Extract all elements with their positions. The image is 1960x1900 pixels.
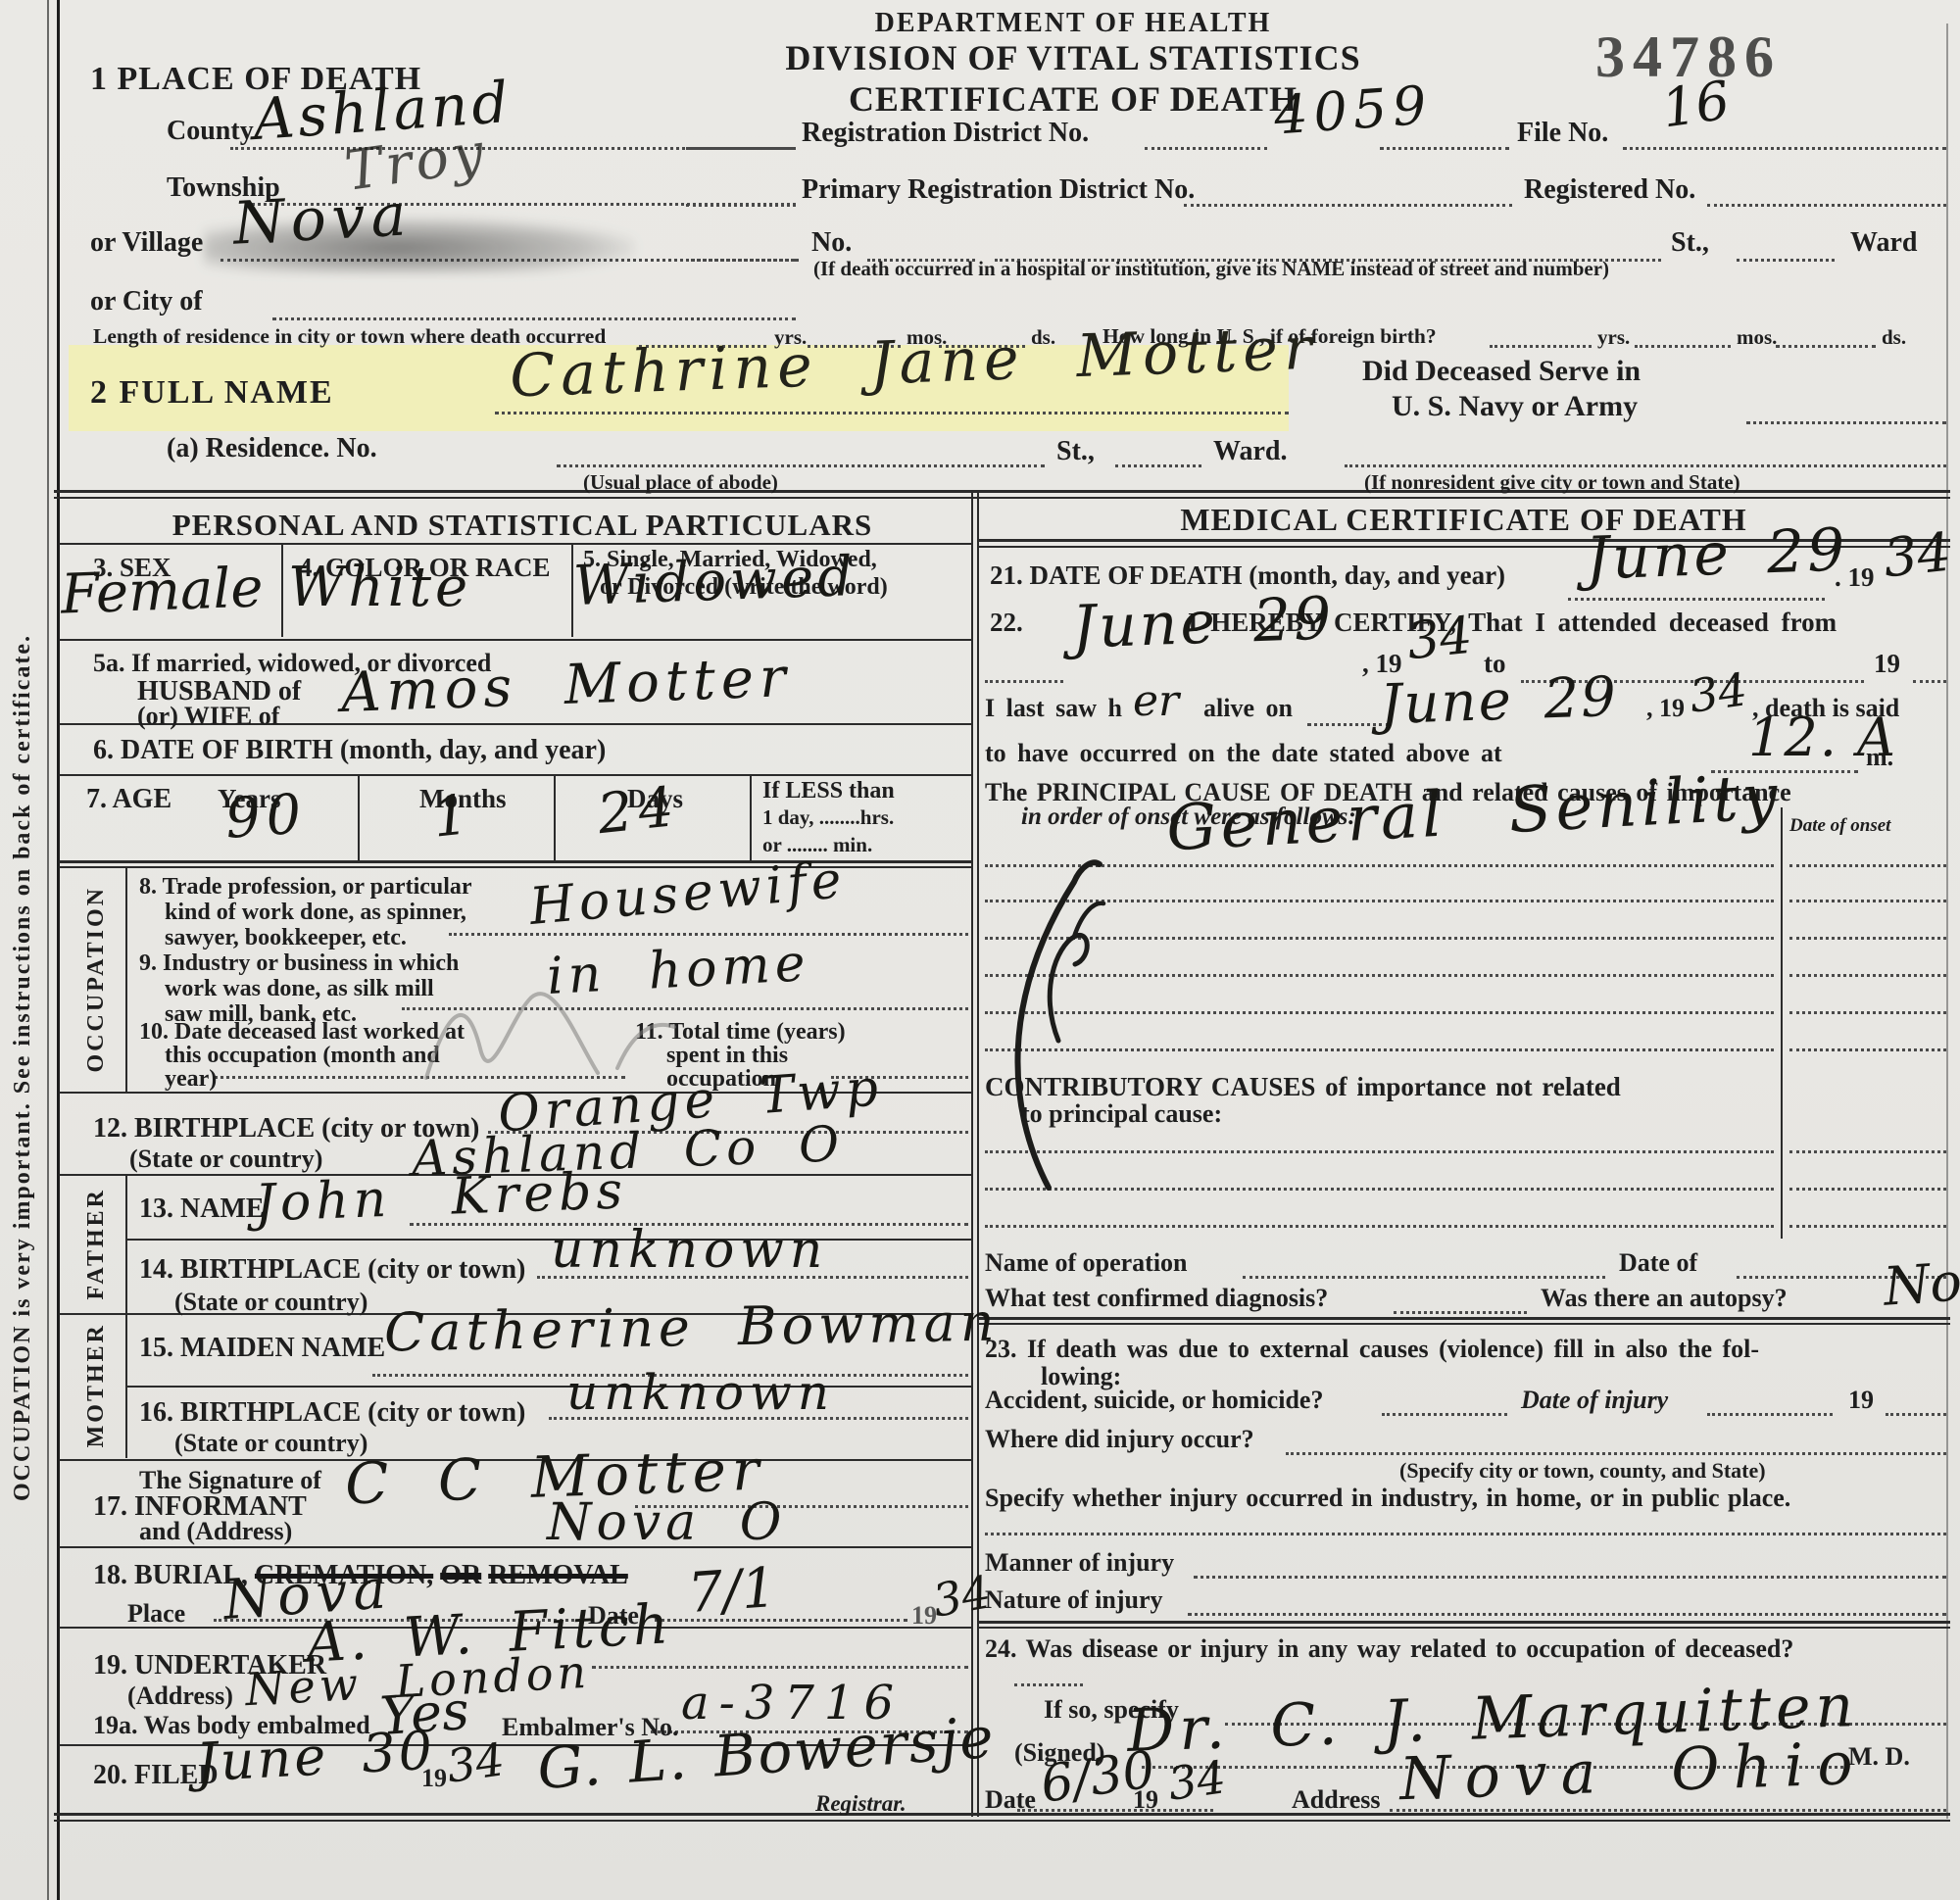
dotted-line — [686, 147, 794, 150]
dotted-line — [1194, 1576, 1946, 1579]
father-side-label: FATHER — [69, 1174, 123, 1313]
left-border-inner — [57, 0, 60, 1900]
last-saw-mid: alive on — [1203, 694, 1293, 723]
certify-number: 22. — [990, 608, 1023, 638]
where-injury-label: Where did injury occur? — [985, 1425, 1254, 1454]
mother-side-label: MOTHER — [69, 1313, 123, 1458]
dotted-line — [1789, 900, 1946, 902]
dotted-line — [1707, 1413, 1833, 1416]
dotted-line — [1746, 421, 1946, 424]
birthplace-sub: (State or country) — [129, 1145, 322, 1174]
date-of-injury-19: 19 — [1848, 1386, 1874, 1415]
dotted-line — [1635, 345, 1731, 348]
operation-date-label: Date of — [1619, 1248, 1697, 1278]
village-label: or Village — [90, 227, 203, 259]
rule — [59, 639, 971, 641]
dotted-line — [1145, 147, 1267, 150]
occupation-related-label: 24. Was disease or injury in any way rel… — [985, 1634, 1793, 1664]
dotted-line — [1913, 680, 1946, 683]
dotted-line — [1243, 1276, 1605, 1279]
dotted-line — [1737, 259, 1835, 262]
dotted-line — [1115, 464, 1201, 467]
dotted-line — [1623, 147, 1946, 150]
dotted-line — [985, 680, 1063, 683]
date-of-death-year-value: 34 — [1881, 526, 1953, 586]
side-strip-divider — [125, 1174, 127, 1313]
certificate-title: CERTIFICATE OF DEATH — [828, 78, 1318, 120]
burial-place-label: Place — [127, 1599, 185, 1629]
race-value: White — [288, 560, 471, 615]
occupation-side-label: OCCUPATION — [69, 866, 123, 1092]
dotted-line — [272, 317, 796, 320]
last-saw-year-value: 34 — [1687, 666, 1749, 719]
signed-date-label: Date — [985, 1785, 1036, 1815]
residence-st-label: St., — [1056, 436, 1095, 467]
rule — [59, 1546, 971, 1548]
us-ds-label: ds. — [1882, 325, 1906, 350]
autopsy-label: Was there an autopsy? — [1541, 1284, 1788, 1313]
nature-of-injury-label: Nature of injury — [985, 1585, 1163, 1615]
accident-label: Accident, suicide, or homicide? — [985, 1386, 1323, 1415]
age-less-label-2: 1 day, ........hrs. — [762, 805, 894, 830]
registered-no-label: Registered No. — [1524, 174, 1695, 206]
dotted-line — [985, 1533, 1946, 1535]
burial-date-value: 7/1 — [686, 1561, 778, 1622]
dob-label: 6. DATE OF BIRTH (month, day, and year) — [93, 735, 606, 766]
dotted-line — [1789, 1048, 1946, 1051]
margin-note: OCCUPATION is very important. See instru… — [0, 323, 45, 1813]
us-mos-label: mos. — [1737, 325, 1777, 350]
navy-service-label-1: Did Deceased Serve in — [1362, 355, 1641, 388]
date-of-injury-label: Date of injury — [1521, 1386, 1668, 1415]
dotted-line — [686, 259, 799, 262]
signed-year-value: 34 — [1165, 1754, 1228, 1807]
dotted-line — [1707, 204, 1946, 207]
burial-year-printed: 19 — [911, 1601, 937, 1631]
dotted-line — [1307, 723, 1390, 726]
dotted-line — [1789, 1011, 1946, 1014]
dotted-line — [686, 204, 796, 207]
registration-district-value: 4059 — [1272, 78, 1434, 142]
marital-value: Widowed — [572, 550, 857, 614]
last-saw-prefix: I last saw h — [985, 694, 1122, 723]
bottom-border — [54, 1820, 1950, 1822]
occupation-q10-line3: year) — [165, 1066, 217, 1093]
rule — [977, 1621, 1950, 1624]
rule — [125, 1386, 971, 1388]
section-divider — [54, 497, 1950, 499]
left-border-outer — [47, 0, 49, 1900]
registration-district-label: Registration District No. — [802, 118, 1089, 149]
dotted-line — [1568, 598, 1825, 601]
dotted-line — [1789, 1188, 1946, 1191]
occupation-q8-line1: 8. Trade profession, or particular — [139, 874, 472, 901]
personal-title: PERSONAL AND STATISTICAL PARTICULARS — [73, 508, 971, 543]
county-label: County — [167, 116, 254, 147]
last-saw-year-printed: , 19 — [1646, 694, 1685, 723]
navy-service-label-2: U. S. Navy or Army — [1392, 390, 1638, 423]
dotted-line — [1345, 464, 1946, 467]
informant-address: Nova O — [547, 1497, 786, 1548]
mother-birthplace-label: 16. BIRTHPLACE (city or town) — [139, 1397, 525, 1429]
rule — [977, 1323, 1950, 1325]
dotted-line — [1886, 1413, 1946, 1416]
maiden-name-label: 15. MAIDEN NAME — [139, 1333, 385, 1364]
cell-divider — [281, 543, 283, 637]
dotted-line — [1188, 1613, 1946, 1616]
occupation-q9-line1: 9. Industry or business in which — [139, 950, 459, 977]
father-birthplace-value: unknown — [551, 1225, 828, 1276]
dotted-line — [1014, 1683, 1083, 1686]
mother-side-text: MOTHER — [83, 1323, 110, 1447]
burial-year-value: 34 — [929, 1569, 994, 1623]
father-birthplace-label: 14. BIRTHPLACE (city or town) — [139, 1254, 525, 1286]
file-no-label: File No. — [1517, 118, 1608, 149]
age-label: 7. AGE — [86, 784, 171, 815]
occurred-time-value: 12. A — [1748, 711, 1897, 764]
sex-value: Female — [60, 560, 264, 622]
father-name-value: John Krebs — [254, 1165, 628, 1229]
village-value: Nova — [232, 185, 414, 253]
residence-ward-label: Ward. — [1213, 436, 1287, 467]
undertaker-address-label: (Address) — [127, 1681, 233, 1711]
dotted-line — [449, 933, 968, 936]
dept-title: DEPARTMENT OF HEALTH — [867, 8, 1279, 39]
dotted-line — [1286, 1452, 1946, 1455]
dotted-line — [1394, 1311, 1527, 1314]
father-name-label: 13. NAME — [139, 1194, 265, 1225]
burial-removal-struck: REMOVAL — [488, 1560, 628, 1590]
residence-label: (a) Residence. No. — [167, 433, 377, 464]
margin-note-text: OCCUPATION is very important. See instru… — [10, 634, 36, 1501]
husband-wife-label-3: (or) WIFE of — [137, 702, 279, 731]
mother-birthplace-sub: (State or country) — [174, 1429, 367, 1458]
last-saw-date: June 29 — [1379, 670, 1619, 733]
dotted-line — [1789, 1150, 1946, 1153]
nonresident-note: (If nonresident give city or town and St… — [1364, 470, 1740, 495]
dotted-line — [1789, 937, 1946, 940]
occupation-q9-line2: work was done, as silk mill — [165, 976, 434, 1002]
rule — [59, 774, 971, 776]
onset-column-divider — [1781, 807, 1783, 1239]
right-border — [1946, 24, 1948, 1819]
manner-of-injury-label: Manner of injury — [985, 1548, 1174, 1578]
city-label: or City of — [90, 286, 203, 317]
dotted-line — [1382, 1413, 1507, 1416]
us-yrs-label: yrs. — [1597, 325, 1630, 350]
full-name-label: 2 FULL NAME — [90, 374, 334, 412]
primary-registration-label: Primary Registration District No. — [802, 174, 1195, 206]
age-months-value: 1 — [430, 788, 470, 846]
father-birthplace-sub: (State or country) — [174, 1288, 367, 1317]
maiden-name-value: Catherine Bowman — [384, 1296, 1000, 1360]
occupation-q10-line2: this occupation (month and — [165, 1043, 440, 1069]
cell-divider — [358, 774, 360, 860]
dotted-line — [1380, 147, 1509, 150]
attended-from-year-value: 34 — [1404, 610, 1474, 668]
registrar-label: Registrar. — [815, 1791, 906, 1817]
abode-note: (Usual place of abode) — [583, 470, 778, 495]
age-years-value: 90 — [223, 787, 309, 848]
test-confirmed-label: What test confirmed diagnosis? — [985, 1284, 1328, 1313]
mother-birthplace-value: unknown — [566, 1368, 835, 1417]
rule — [977, 1627, 1950, 1629]
operation-label: Name of operation — [985, 1248, 1188, 1278]
rule — [977, 1317, 1950, 1320]
signed-date-value: 6/30 — [1038, 1744, 1158, 1811]
ward-label: Ward — [1850, 227, 1917, 259]
dotted-line — [592, 1666, 968, 1669]
dotted-line — [1789, 1225, 1946, 1228]
rule — [125, 1239, 971, 1241]
filed-year-value: 34 — [444, 1736, 507, 1789]
father-side-text: FATHER — [83, 1188, 110, 1299]
signed-address-value: Nova Ohio — [1398, 1734, 1867, 1810]
occupation-q8-line3: sawyer, bookkeeper, etc. — [165, 925, 407, 951]
file-no-value: 16 — [1659, 73, 1734, 135]
husband-value: Amos Motter — [340, 651, 792, 721]
occupation-q8-line2: kind of work done, as spinner, — [165, 900, 466, 926]
date-of-death-label: 21. DATE OF DEATH (month, day, and year) — [990, 560, 1505, 591]
last-saw-er: er — [1133, 680, 1179, 723]
no-label: No. — [811, 227, 852, 259]
cell-divider — [750, 774, 752, 860]
autopsy-value: No — [1882, 1255, 1960, 1313]
dotted-line — [557, 464, 1045, 467]
cell-divider — [554, 774, 556, 860]
filed-date-value: June 30 — [195, 1725, 437, 1790]
dotted-line — [495, 412, 1289, 414]
age-less-label-1: If LESS than — [762, 778, 895, 804]
attended-to-19: 19 — [1874, 649, 1900, 679]
dotted-line — [1789, 974, 1946, 977]
death-certificate-scan: OCCUPATION is very important. See instru… — [0, 0, 1960, 1900]
occupation-q10-line1: 10. Date deceased last worked at — [139, 1019, 465, 1046]
date-of-onset-label: Date of onset — [1789, 815, 1890, 837]
occurred-text: to have occurred on the date stated abov… — [985, 739, 1502, 768]
attended-from-value: June 29 — [1071, 589, 1335, 657]
informant-label-3: and (Address) — [139, 1517, 292, 1546]
burial-or-struck: OR — [440, 1560, 481, 1590]
cause-ink-scribble — [980, 843, 1147, 1205]
rule — [59, 543, 971, 545]
st-label: St., — [1671, 227, 1709, 259]
age-days-value: 24 — [595, 780, 682, 843]
specify-injury-label: Specify whether injury occurred in indus… — [985, 1484, 1790, 1513]
dotted-line — [1184, 204, 1512, 207]
side-strip-divider — [125, 866, 127, 1092]
hospital-note: (If death occurred in a hospital or inst… — [813, 257, 1609, 281]
dotted-line — [1789, 864, 1946, 867]
where-injury-note: (Specify city or town, county, and State… — [1399, 1458, 1766, 1484]
division-title: DIVISION OF VITAL STATISTICS — [755, 37, 1392, 78]
dotted-line — [1776, 345, 1876, 348]
dotted-line — [985, 1225, 1774, 1228]
date-of-death-value: June 29 — [1585, 520, 1848, 588]
external-causes-label-1: 23. If death was due to external causes … — [985, 1335, 1759, 1364]
signed-address-label: Address — [1292, 1785, 1381, 1815]
occupation-side-text: OCCUPATION — [83, 886, 110, 1072]
dotted-line — [1490, 345, 1592, 348]
